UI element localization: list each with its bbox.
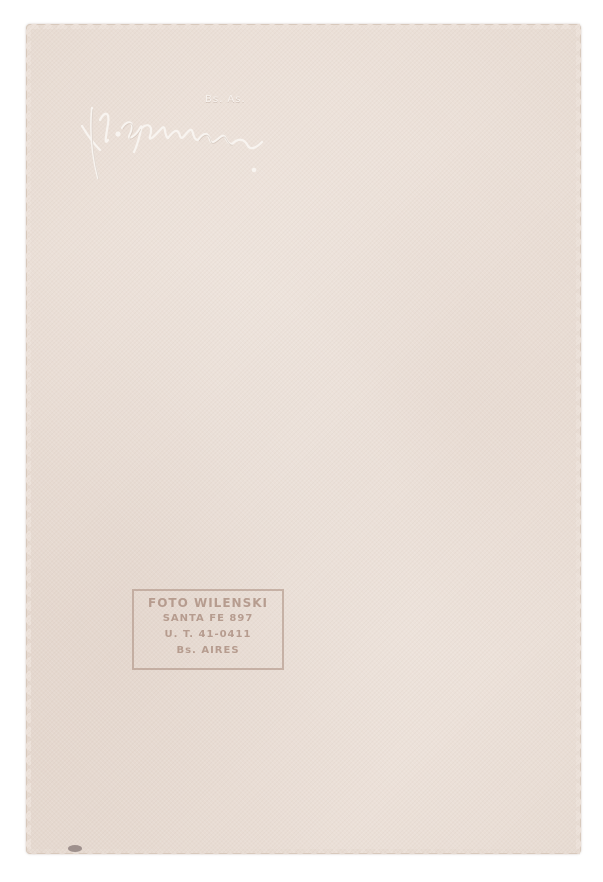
photographer-stamp: FOTO WILENSKI SANTA FE 897 U. T. 41-0411…: [132, 589, 284, 670]
stamp-address: SANTA FE 897: [134, 611, 282, 627]
stamp-studio-name: FOTO WILENSKI: [134, 595, 282, 611]
edge-smudge: [68, 845, 82, 852]
embossed-location-text: Bs. As.: [205, 94, 246, 105]
embossed-signature: [78, 100, 268, 180]
stamp-city: Bs. AIRES: [134, 643, 282, 659]
stamp-phone: U. T. 41-0411: [134, 627, 282, 643]
